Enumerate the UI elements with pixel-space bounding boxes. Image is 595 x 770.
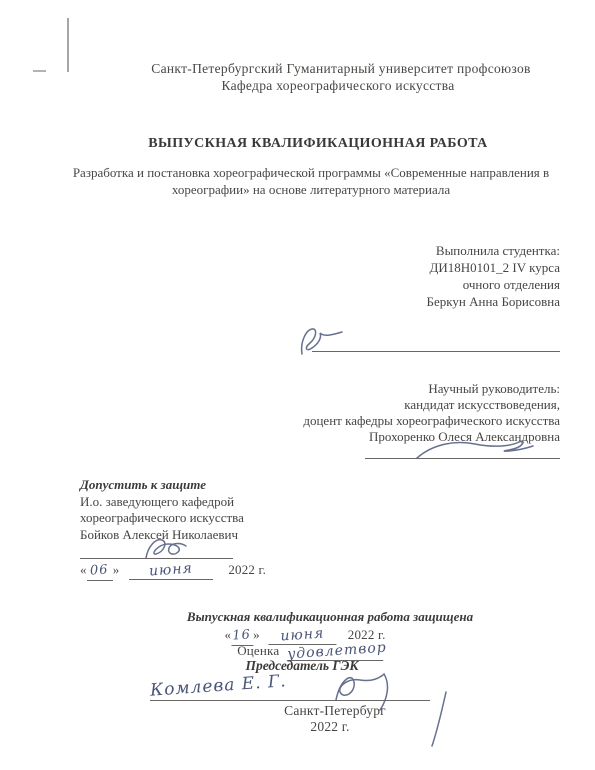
student-mode: очного отделения [427,276,560,293]
student-block: Выполнила студентка: ДИ18Н0101_2 IV курс… [427,242,560,310]
defense-quote-close: » [253,627,260,642]
footer-city: Санкт-Петербург [284,703,386,720]
handwritten-chair-name: Комлева Е. Г. [149,671,287,700]
advisor-degree: кандидат искусствоведения, [303,397,560,413]
handwritten-approval-day: 06 [90,562,110,580]
approval-date-line: «06» июня 2022 г. [80,562,266,581]
pen-stroke-artifact [430,690,448,748]
advisor-heading: Научный руководитель: [303,381,560,397]
defense-quote-open: « [224,627,231,642]
scan-artifact-dash [33,70,46,72]
chair-signature-line [150,700,430,701]
approval-quote-open: « [80,562,87,577]
defense-heading: Выпускная квалификационная работа защище… [187,609,473,625]
approval-role-line1: И.о. заведующего кафедрой [80,494,244,511]
approval-quote-close: » [113,562,120,577]
university-name: Санкт-Петербургский Гуманитарный универс… [151,61,530,77]
document-title: ВЫПУСКНАЯ КВАЛИФИКАЦИОННАЯ РАБОТА [148,136,487,152]
student-group: ДИ18Н0101_2 IV курса [427,259,560,276]
thesis-topic: Разработка и постановка хореографической… [72,164,550,198]
approval-day-underline: 06 [87,562,113,581]
scan-artifact-line [67,18,69,72]
approval-heading: Допустить к защите [80,477,244,494]
advisor-block: Научный руководитель: кандидат искусство… [303,381,560,445]
approval-year: 2022 г. [228,562,266,577]
approval-month-underline: июня [129,562,213,580]
scanned-thesis-title-page: Санкт-Петербургский Гуманитарный универс… [0,0,595,770]
department-name: Кафедра хореографического искусства [221,78,454,94]
student-signature-line [312,351,560,352]
grade-label: Оценка [237,643,279,658]
advisor-position: доцент кафедры хореографического искусст… [303,413,560,429]
student-heading: Выполнила студентка: [427,242,560,259]
student-name: Беркун Анна Борисовна [427,293,560,310]
handwritten-approval-month: июня [148,560,193,580]
student-signature [296,324,348,358]
defense-month-underline: июня [268,627,336,645]
approval-role-line2: хореографического искусства [80,510,244,527]
approval-signature-line [80,558,233,559]
footer-year: 2022 г. [310,719,349,736]
advisor-signature [415,437,535,463]
